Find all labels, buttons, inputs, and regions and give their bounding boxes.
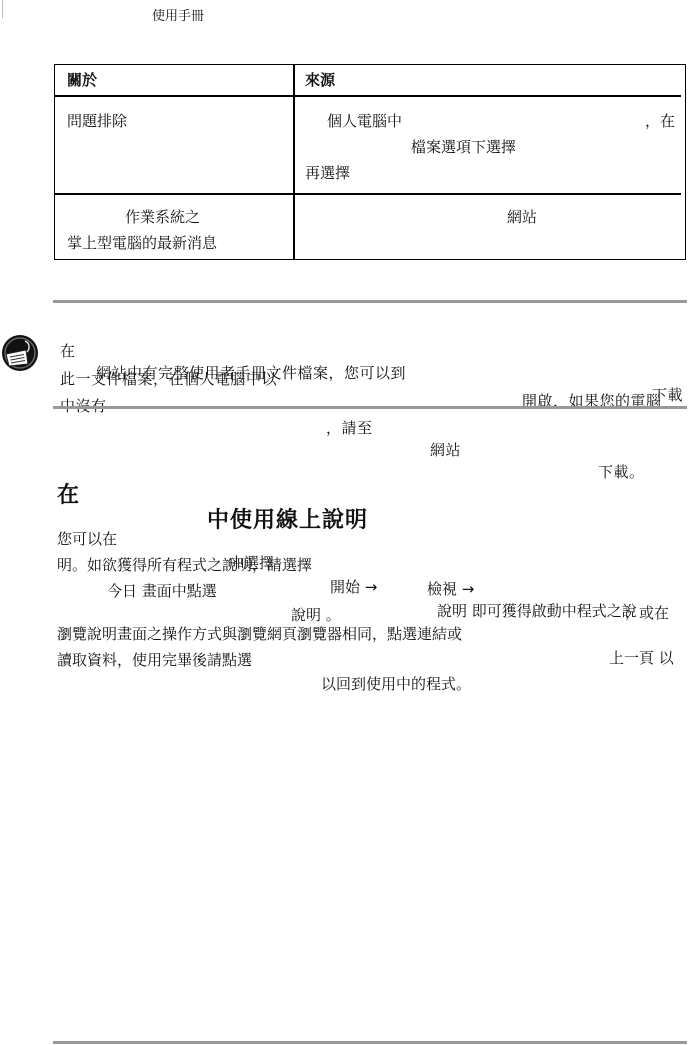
table-cell-topic: 掌上型電腦的最新消息 bbox=[67, 231, 217, 255]
reference-table: 關於 來源 問題排除 個人電腦中 ，在 檔案選項下選擇 再選擇 作業系統之 掌上… bbox=[54, 64, 686, 260]
paragraph-line: 讀取資料，使用完畢後請點選 以回到使用中的程式。 bbox=[57, 624, 687, 696]
table-cell-source: 再選擇 bbox=[305, 161, 350, 185]
note-line: 中沒有 ，請至 網站 下載。 bbox=[60, 373, 688, 483]
note-bottom-rule bbox=[53, 406, 687, 409]
page-edge-mark bbox=[2, 0, 3, 18]
running-header: 使用手冊 bbox=[152, 5, 204, 24]
table-cell-topic: 問題排除 bbox=[67, 109, 127, 133]
table-cell-topic: 作業系統之 bbox=[125, 205, 200, 229]
table-header-divider bbox=[55, 95, 681, 97]
table-header-source: 來源 bbox=[305, 68, 335, 92]
table-row-divider bbox=[55, 193, 681, 195]
note-pad-icon bbox=[0, 333, 40, 373]
table-cell-source: 網站 bbox=[507, 205, 537, 229]
note-top-rule bbox=[53, 300, 687, 303]
table-header-about: 關於 bbox=[67, 68, 97, 92]
table-cell-source: 檔案選項下選擇 bbox=[411, 135, 516, 159]
footer-rule bbox=[53, 1041, 687, 1044]
table-cell-source: 個人電腦中 bbox=[327, 109, 402, 133]
table-cell-source: ，在 bbox=[645, 109, 675, 133]
